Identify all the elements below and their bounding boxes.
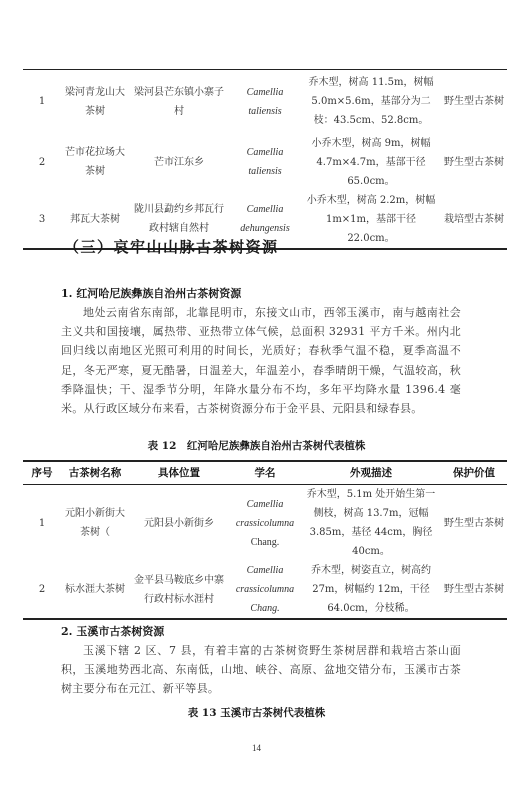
cell-name: 梁河青龙山大茶树 bbox=[61, 70, 129, 134]
table-row: 1 梁河青龙山大茶树 梁河县芒东镇小寨子村 Camellia taliensis… bbox=[23, 70, 507, 134]
paragraph-yuxi: 玉溪下辖 2 区、7 县，有着丰富的古茶树资野生茶树居群和栽培古茶山面积，玉溪地… bbox=[61, 641, 461, 699]
header-sci-name: 学名 bbox=[229, 461, 301, 485]
cell-value: 野生型古茶树 bbox=[441, 134, 507, 191]
table-row: 1 元阳小新街大茶树（ 元阳县小新街乡 Camellia crassicolum… bbox=[23, 485, 507, 562]
subsection-heading-yuxi: 2. 玉溪市古茶树资源 bbox=[61, 623, 164, 639]
subsection-heading-honghe: 1. 红河哈尼族彝族自治州古茶树资源 bbox=[61, 285, 241, 301]
header-value: 保护价值 bbox=[441, 461, 507, 485]
table-13-caption: 表 13 玉溪市古茶树代表植株 bbox=[0, 705, 513, 720]
cell-sci-name: Camellia crassicolumna Chang. bbox=[229, 485, 301, 562]
cell-no: 3 bbox=[23, 191, 61, 249]
page-number: 14 bbox=[0, 743, 513, 753]
table-12-caption: 表 12 红河哈尼族彝族自治州古茶树代表植株 bbox=[0, 438, 513, 453]
cell-no: 1 bbox=[23, 70, 61, 134]
cell-description: 乔木型，树姿直立，树高约 27m，树幅约 12m，干径 64.0cm，分枝稀。 bbox=[301, 561, 441, 619]
table-row: 2 标水涯大茶树 金平县马鞍底乡中寨行政村标水涯村 Camellia crass… bbox=[23, 561, 507, 619]
sci-name-author: Chang. bbox=[251, 537, 280, 548]
cell-location: 元阳县小新街乡 bbox=[129, 485, 229, 562]
cell-no: 1 bbox=[23, 485, 61, 562]
cell-sci-name: Camellia crassicolumna Chang. bbox=[229, 561, 301, 619]
cell-description: 乔木型，5.1m 处开始生第一侧枝，树高 13.7m，冠幅 3.85m，基径 4… bbox=[301, 485, 441, 562]
cell-value: 栽培型古茶树 bbox=[441, 191, 507, 249]
cell-name: 标水涯大茶树 bbox=[61, 561, 129, 619]
cell-sci-name: Camellia taliensis bbox=[229, 70, 301, 134]
cell-value: 野生型古茶树 bbox=[441, 70, 507, 134]
cell-description: 乔木型，树高 11.5m，树幅 5.0m×5.6m，基部分为二枝：43.5cm、… bbox=[301, 70, 441, 134]
document-page: 1 梁河青龙山大茶树 梁河县芒东镇小寨子村 Camellia taliensis… bbox=[0, 0, 513, 800]
table-row: 2 芒市花拉场大茶树 芒市江东乡 Camellia taliensis 小乔木型… bbox=[23, 134, 507, 191]
cell-name: 芒市花拉场大茶树 bbox=[61, 134, 129, 191]
cell-location: 梁河县芒东镇小寨子村 bbox=[129, 70, 229, 134]
header-name: 古茶树名称 bbox=[61, 461, 129, 485]
cell-description: 小乔木型，树高 2.2m，树幅 1m×1m，基部干径 22.0cm。 bbox=[301, 191, 441, 249]
cell-value: 野生型古茶树 bbox=[441, 485, 507, 562]
cell-no: 2 bbox=[23, 561, 61, 619]
cell-name: 元阳小新街大茶树（ bbox=[61, 485, 129, 562]
cell-value: 野生型古茶树 bbox=[441, 561, 507, 619]
cell-description: 小乔木型，树高 9m，树幅 4.7m×4.7m，基部干径 65.0cm。 bbox=[301, 134, 441, 191]
cell-sci-name: Camellia taliensis bbox=[229, 134, 301, 191]
cell-location: 金平县马鞍底乡中寨行政村标水涯村 bbox=[129, 561, 229, 619]
sci-name-italic: Camellia crassicolumna bbox=[236, 499, 294, 529]
cell-location: 芒市江东乡 bbox=[129, 134, 229, 191]
cell-no: 2 bbox=[23, 134, 61, 191]
section-heading: （三）哀牢山山脉古茶树资源 bbox=[64, 236, 279, 257]
paragraph-honghe: 地处云南省东南部，北靠昆明市，东接文山市，西邻玉溪市，南与越南社会主义共和国接壤… bbox=[61, 303, 461, 418]
table-header-row: 序号 古茶树名称 具体位置 学名 外观描述 保护价值 bbox=[23, 461, 507, 485]
table-12: 序号 古茶树名称 具体位置 学名 外观描述 保护价值 1 元阳小新街大茶树（ 元… bbox=[23, 460, 507, 620]
header-description: 外观描述 bbox=[301, 461, 441, 485]
previous-table-continuation: 1 梁河青龙山大茶树 梁河县芒东镇小寨子村 Camellia taliensis… bbox=[23, 69, 507, 250]
header-location: 具体位置 bbox=[129, 461, 229, 485]
header-no: 序号 bbox=[23, 461, 61, 485]
